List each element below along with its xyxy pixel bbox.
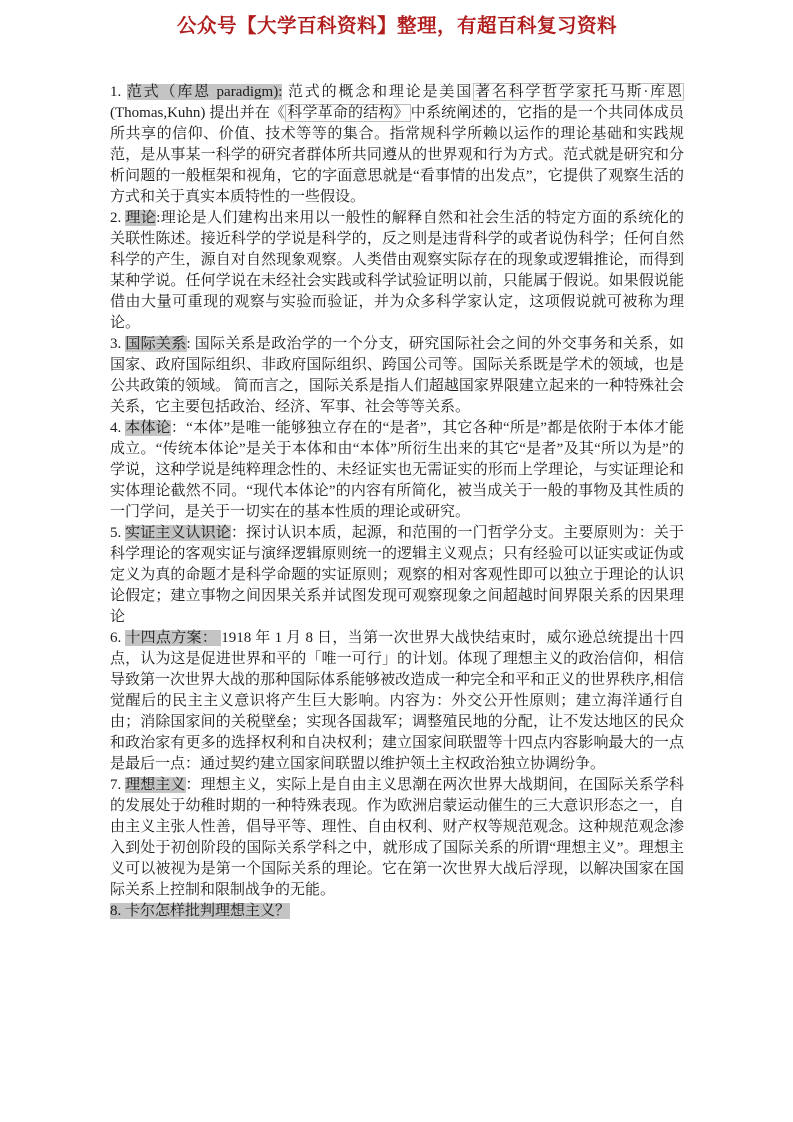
body-text: :理论是人们建构出来用以一般性的解释自然和社会生活的特定方面的系统化的关联性陈述… [110, 210, 684, 331]
body-text: ：“本体”是唯一能够独立存在的“是者”，其它各种“所是”都是依附于本体才能成立。… [110, 420, 684, 520]
body-text: 4. [110, 420, 125, 436]
definition-item: 3. 国际关系: 国际关系是政治学的一个分支，研究国际社会之间的外交事务和关系，… [110, 334, 684, 418]
definition-item: 7. 理想主义：理想主义，实际上是自由主义思潮在两次世界大战期间，在国际关系学科… [110, 775, 684, 901]
body-text: 1. [110, 84, 127, 100]
term-highlight: 国际关系 [125, 336, 186, 352]
term-highlight: 理论 [125, 210, 156, 226]
body-text: 2. [110, 210, 125, 226]
body-text: ：理想主义，实际上是自由主义思潮在两次世界大战期间，在国际关系学科的发展处于幼稚… [110, 777, 684, 898]
term-highlight: 本体论 [125, 420, 171, 436]
boxed-text: 科学革命的结构》 [285, 104, 411, 122]
definition-item: 1. 范式（库恩 paradigm): 范式的概念和理论是美国著名科学哲学家托马… [110, 82, 684, 208]
term-highlight: 范式（库恩 paradigm): [127, 84, 283, 100]
page-title: 公众号【大学百科资料】整理，有超百科复习资料 [110, 14, 684, 40]
definition-item: 5. 实证主义认识论：探讨认识本质，起源，和范围的一门哲学分支。主要原则为：关于… [110, 523, 684, 628]
body-text: 6. [110, 630, 125, 646]
body-text: (Thomas,Kuhn) 提出并在《 [110, 105, 285, 121]
term-highlight: 十四点方案： [125, 630, 221, 646]
body-text: 5. [110, 525, 125, 541]
definition-item: 6. 十四点方案： 1918 年 1 月 8 日，当第一次世界大战快结束时，威尔… [110, 628, 684, 775]
term-highlight: 8. 卡尔怎样批判理想主义？ [110, 903, 290, 919]
body-text: 范式的概念和理论是美国 [282, 84, 473, 100]
definition-item: 8. 卡尔怎样批判理想主义？ [110, 901, 684, 922]
term-highlight: 理想主义 [125, 777, 185, 793]
body-text: 1918 年 1 月 8 日，当第一次世界大战快结束时，威尔逊总统提出十四点，认… [110, 630, 684, 772]
document-page: 公众号【大学百科资料】整理，有超百科复习资料 1. 范式（库恩 paradigm… [0, 0, 793, 1122]
definition-item: 4. 本体论：“本体”是唯一能够独立存在的“是者”，其它各种“所是”都是依附于本… [110, 418, 684, 523]
body-text: 7. [110, 777, 125, 793]
body-text: 3. [110, 336, 125, 352]
term-highlight: 实证主义认识论 [125, 525, 231, 541]
boxed-text: 著名科学哲学家托马斯·库恩 [473, 83, 684, 101]
definition-item: 2. 理论:理论是人们建构出来用以一般性的解释自然和社会生活的特定方面的系统化的… [110, 208, 684, 334]
body-text: : 国际关系是政治学的一个分支，研究国际社会之间的外交事务和关系，如国家、政府国… [110, 336, 684, 415]
definitions-list: 1. 范式（库恩 paradigm): 范式的概念和理论是美国著名科学哲学家托马… [110, 82, 684, 922]
